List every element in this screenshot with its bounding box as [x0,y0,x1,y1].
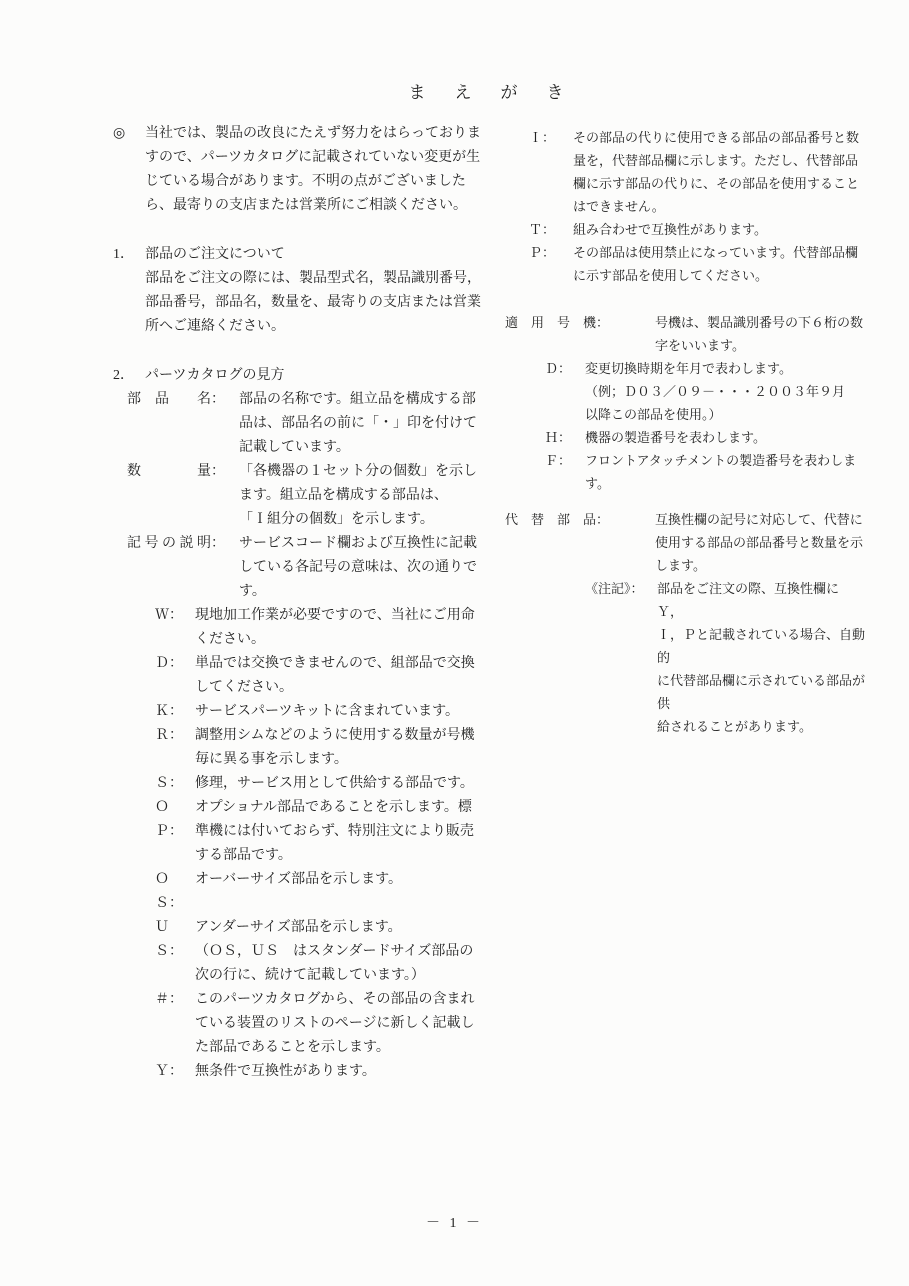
symbol-entry-serial-f: Ｆ： フロントアタッチメントの製造番号を表わします。 [505,449,865,495]
section1-body: 部品をご注文の際には、製品型式名，製品識別番号，部品番号，部品名，数量を、最寄り… [145,267,485,339]
symbol-entry-d: Ｄ： 単品では交換できませんので、組部品で交換してください。 [113,652,485,700]
section2-heading: 2． パーツカタログの見方 [113,364,485,388]
symbol-text: アンダーサイズ部品を示します。 （ＯＳ，ＵＳ はスタンダードサイズ部品の 次の行… [195,916,485,988]
scanned-document-page: ま え が き ◎ 当社では、製品の改良にたえず努力をはらっておりますので、パー… [0,0,909,1286]
symbol-code: ＯＳ： [155,868,195,916]
definition-text: 号機は、製品識別番号の下６桁の数字をいいます。 [655,311,865,357]
definition-text: 「各機器の１セット分の個数」を示します。組立品を構成する部品は、 「Ｉ組分の個数… [239,460,485,532]
section2-heading-text: パーツカタログの見方 [145,364,284,388]
symbol-entry-hash: ＃： このパーツカタログから、その部品の含まれている装置のリストのページに新しく… [113,988,485,1060]
symbol-code: Ｔ： [529,218,573,241]
note-text: 部品をご注文の際、互換性欄に Ｙ， Ｉ，Ｐと記載されている場合、自動的 に代替部… [657,577,865,738]
symbol-entry-serial-h: Ｈ： 機器の製造番号を表わします。 [505,426,865,449]
section1-heading-text: 部品のご注文について [145,243,285,267]
left-column: ◎ 当社では、製品の改良にたえず努力をはらっておりますので、パーツカタログに記載… [113,122,485,1084]
symbol-code: Ｐ： [529,241,573,287]
section1-number: 1． [113,243,145,267]
definition-quantity: 数 量： 「各機器の１セット分の個数」を示します。組立品を構成する部品は、 「Ｉ… [113,460,485,532]
applicable-serial-definition: 適 用 号 機： 号機は、製品識別番号の下６桁の数字をいいます。 [505,311,865,357]
symbol-text: このパーツカタログから、その部品の含まれている装置のリストのページに新しく記載し… [195,988,485,1060]
symbol-text: 修理，サービス用として供給する部品です。 [195,772,485,796]
symbol-text: 単品では交換できませんので、組部品で交換してください。 [195,652,485,700]
symbol-text: 組み合わせで互換性があります。 [573,218,865,241]
symbol-entry-r: Ｒ： 調整用シムなどのように使用する数量が号機毎に異る事を示します。 [113,724,485,772]
notice-marker: ◎ [113,122,145,146]
symbol-entry-os: ＯＳ： オーバーサイズ部品を示します。 [113,868,485,916]
symbol-code: Ｙ： [155,1060,195,1084]
symbol-code: Ｒ： [155,724,195,772]
symbol-text: サービスパーツキットに含まれています。 [195,700,485,724]
definition-label: 代 替 部 品： [505,508,655,577]
definition-label: 適 用 号 機： [505,311,655,357]
symbol-code: Ｉ： [529,126,573,218]
symbol-code: Ｄ： [545,357,585,426]
symbol-text: 機器の製造番号を表わします。 [585,426,865,449]
symbol-entry-w: Ｗ： 現地加工作業が必要ですので、当社にご用命ください。 [113,604,485,652]
note-paragraph: 《注記》： 部品をご注文の際、互換性欄に Ｙ， Ｉ，Ｐと記載されている場合、自動… [505,577,865,738]
symbol-text: オーバーサイズ部品を示します。 [195,868,485,916]
symbol-entry-t: Ｔ： 組み合わせで互換性があります。 [505,218,865,241]
notice-text: 当社では、製品の改良にたえず努力をはらっておりますので、パーツカタログに記載され… [145,122,485,218]
definition-text: 互換性欄の記号に対応して、代替に使用する部品の部品番号と数量を示します。 [655,508,865,577]
symbol-entry-p: Ｐ： その部品は使用禁止になっています。代替部品欄に示す部品を使用してください。 [505,241,865,287]
symbol-code: Ｆ： [545,449,585,495]
alternative-parts-block: 代 替 部 品： 互換性欄の記号に対応して、代替に使用する部品の部品番号と数量を… [505,508,865,738]
page-number: － 1 － [0,1212,909,1232]
symbol-text: その部品は使用禁止になっています。代替部品欄に示す部品を使用してください。 [573,241,865,287]
symbol-entry-s: Ｓ： 修理，サービス用として供給する部品です。 [113,772,485,796]
section1-heading: 1． 部品のご注文について [113,243,485,267]
symbol-text: フロントアタッチメントの製造番号を表わします。 [585,449,865,495]
right-column: Ｉ： その部品の代りに使用できる部品の部品番号と数量を，代替部品欄に示します。た… [505,126,865,738]
definition-part-name: 部 品 名： 部品の名称です。組立品を構成する部品は、部品名の前に「・」印を付け… [113,388,485,460]
symbol-code: ＃： [155,988,195,1060]
symbol-text: 変更切換時期を年月で表わします。 （例；Ｄ０３／０９－・・・２００３年９月 以降… [585,357,865,426]
symbol-code: Ｈ： [545,426,585,449]
symbol-code: ＵＳ： [155,916,195,988]
definition-text: 部品の名称です。組立品を構成する部品は、部品名の前に「・」印を付けて記載していま… [239,388,485,460]
applicable-serial-codes: Ｄ： 変更切換時期を年月で表わします。 （例；Ｄ０３／０９－・・・２００３年９月… [505,357,865,495]
alternative-parts-definition: 代 替 部 品： 互換性欄の記号に対応して、代替に使用する部品の部品番号と数量を… [505,508,865,577]
symbol-code: ＯＰ： [155,796,195,868]
definition-label: 数 量： [127,460,239,532]
symbol-entry-k: Ｋ： サービスパーツキットに含まれています。 [113,700,485,724]
definition-label: 部 品 名： [127,388,239,460]
symbol-entry-serial-d: Ｄ： 変更切換時期を年月で表わします。 （例；Ｄ０３／０９－・・・２００３年９月… [505,357,865,426]
symbol-entry-i: Ｉ： その部品の代りに使用できる部品の部品番号と数量を，代替部品欄に示します。た… [505,126,865,218]
page-title: ま え が き [113,78,865,103]
symbol-code: Ｄ： [155,652,195,700]
symbol-code: Ｓ： [155,772,195,796]
section2-number: 2． [113,364,145,388]
definition-label: 記 号 の 説 明： [127,532,239,604]
symbol-code: Ｋ： [155,700,195,724]
definition-symbol-legend: 記 号 の 説 明： サービスコード欄および互換性に記載している各記号の意味は、… [113,532,485,604]
note-label: 《注記》： [585,577,657,738]
applicable-serial-block: 適 用 号 機： 号機は、製品識別番号の下６桁の数字をいいます。 Ｄ： 変更切換… [505,311,865,495]
symbol-entry-us: ＵＳ： アンダーサイズ部品を示します。 （ＯＳ，ＵＳ はスタンダードサイズ部品の… [113,916,485,988]
symbol-text: オプショナル部品であることを示します。標準機には付いておらず、特別注文により販売… [195,796,485,868]
notice-paragraph: ◎ 当社では、製品の改良にたえず努力をはらっておりますので、パーツカタログに記載… [113,122,485,218]
definition-text: サービスコード欄および互換性に記載している各記号の意味は、次の通りです。 [239,532,485,604]
symbol-text: 現地加工作業が必要ですので、当社にご用命ください。 [195,604,485,652]
symbol-text: その部品の代りに使用できる部品の部品番号と数量を，代替部品欄に示します。ただし、… [573,126,865,218]
symbol-entry-op: ＯＰ： オプショナル部品であることを示します。標準機には付いておらず、特別注文に… [113,796,485,868]
symbol-text: 調整用シムなどのように使用する数量が号機毎に異る事を示します。 [195,724,485,772]
symbol-entry-y: Ｙ： 無条件で互換性があります。 [113,1060,485,1084]
symbol-text: 無条件で互換性があります。 [195,1060,485,1084]
symbol-code: Ｗ： [155,604,195,652]
